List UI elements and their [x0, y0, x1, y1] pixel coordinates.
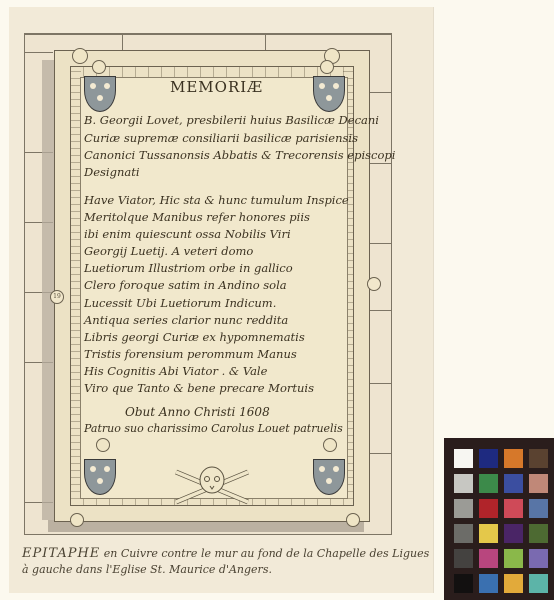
color-swatch — [529, 524, 548, 543]
wall-joint — [25, 52, 53, 53]
inscription-line: Clero foroque satim in Andino sola — [84, 278, 287, 292]
side-boss-left: 19 — [50, 290, 64, 304]
inscription-line: Tristis forensium perommum Manus — [84, 347, 297, 361]
color-swatch — [504, 549, 523, 568]
color-swatch — [454, 524, 473, 543]
dedication-line: Patruo suo charissimo Carolus Louet patr… — [84, 422, 343, 435]
color-swatch — [454, 574, 473, 593]
color-swatch — [479, 549, 498, 568]
helm-crest-icon — [96, 438, 110, 452]
color-swatch — [529, 499, 548, 518]
inscription-line: Georgij Luetij. A veteri domo — [84, 244, 253, 258]
skull-and-crossbones-icon — [172, 462, 252, 508]
helm-crest-icon — [323, 438, 337, 452]
color-swatch — [479, 524, 498, 543]
inscription-line: Luetiorum Illustriom orbe in gallico — [84, 261, 293, 275]
inscription-line: ibi enim quiescunt ossa Nobilis Viri — [84, 227, 291, 241]
inscription-line: His Cognitis Abi Viator . & Vale — [84, 364, 267, 378]
inscription-line: Designati — [84, 165, 140, 179]
color-swatch — [529, 449, 548, 468]
inscription-line: Lucessit Ubi Luetiorum Indicum. — [84, 296, 276, 310]
color-swatch — [504, 449, 523, 468]
inscription-line: Libris georgi Curiæ ex hypomnematis — [84, 330, 305, 344]
foot-ornament-icon — [70, 513, 84, 527]
inscription-line: Viro que Tanto & bene precare Mortuis — [84, 381, 314, 395]
frame-shadow-left — [42, 60, 54, 520]
color-swatch — [479, 474, 498, 493]
color-swatch — [454, 549, 473, 568]
color-swatch — [479, 449, 498, 468]
caption-line-2: à gauche dans l'Eglise St. Maurice d'Ang… — [22, 563, 272, 576]
color-swatch — [504, 499, 523, 518]
color-swatch — [504, 474, 523, 493]
helm-crest-icon — [320, 60, 334, 74]
side-boss-right — [367, 277, 381, 291]
color-swatch — [504, 524, 523, 543]
corner-rosette-icon — [72, 48, 88, 64]
inscription-line: Curiæ supremæ consiliarii basilicæ paris… — [84, 131, 358, 145]
color-swatch — [479, 499, 498, 518]
caption-line-1: EPITAPHE en Cuivre contre le mur au fond… — [22, 546, 429, 561]
color-swatch — [454, 499, 473, 518]
wall-joint — [25, 34, 391, 35]
inscription-line: Meritolque Manibus refer honores piis — [84, 210, 310, 224]
inscription-line: Canonici Tussanonsis Abbatis & Trecorens… — [84, 148, 395, 162]
color-calibration-chart — [444, 438, 554, 600]
color-swatch — [529, 474, 548, 493]
color-swatch — [529, 549, 548, 568]
helm-crest-icon — [92, 60, 106, 74]
caption-heading: EPITAPHE — [22, 546, 100, 561]
inscription-line: Antiqua series clarior nunc reddita — [84, 313, 288, 327]
color-swatch — [479, 574, 498, 593]
color-swatch — [504, 574, 523, 593]
color-swatch — [454, 474, 473, 493]
color-swatch — [529, 574, 548, 593]
color-swatch — [454, 449, 473, 468]
inscription-line: B. Georgii Lovet, presbilerii huius Basi… — [84, 113, 379, 127]
caption-text: en Cuivre contre le mur au fond de la Ch… — [104, 547, 429, 560]
obit-line: Obut Anno Christi 1608 — [125, 405, 270, 419]
inscription-line: Have Viator, Hic sta & hunc tumulum Insp… — [84, 193, 349, 207]
foot-ornament-icon — [346, 513, 360, 527]
inscription-title: MEMORIÆ — [170, 78, 263, 96]
